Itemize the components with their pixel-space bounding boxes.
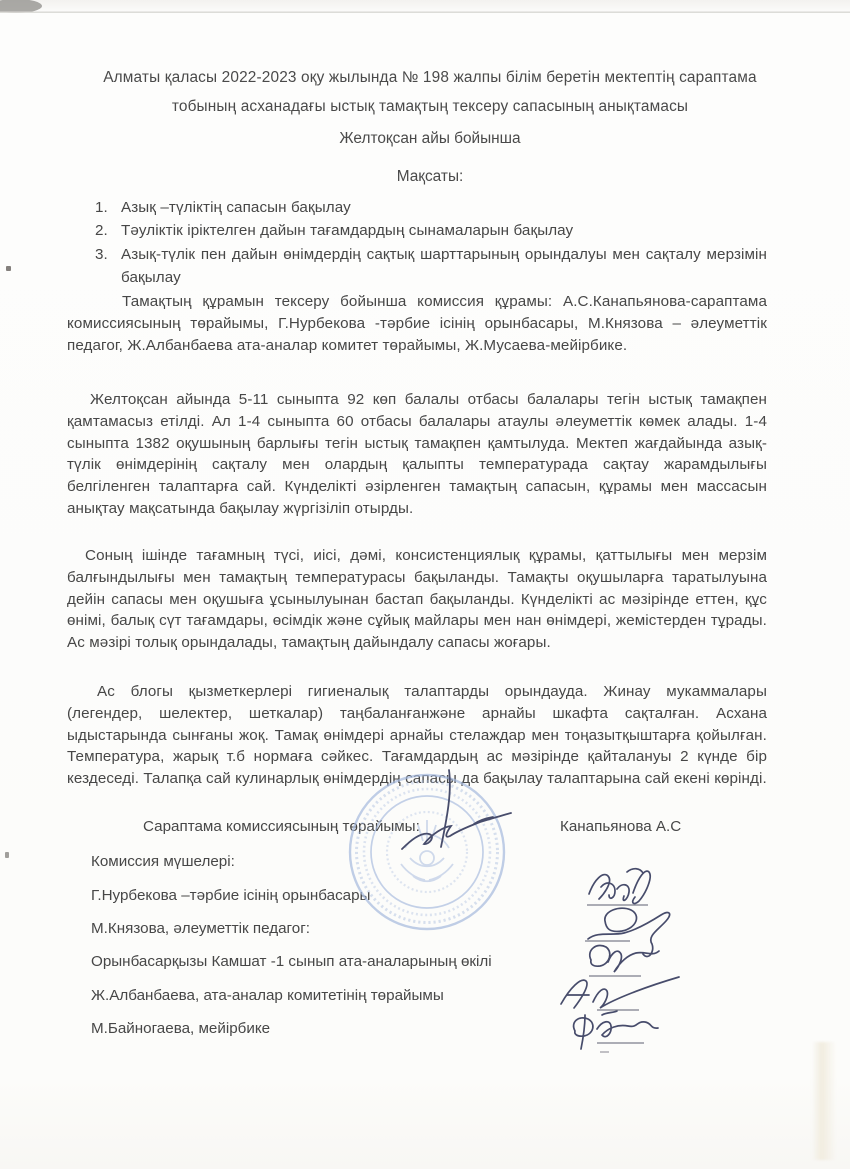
signature-2 (588, 908, 670, 956)
scan-smudge-top-left (0, 0, 42, 13)
list-item-number: 1. (95, 196, 121, 219)
scan-line-top (0, 12, 850, 13)
list-item-text: Тәуліктік іріктелген дайын тағамдардың с… (121, 219, 767, 242)
goals-list: 1. Азық –түліктің сапасын бақылау 2. Тәу… (95, 196, 767, 290)
member-line: М.Князова, әлеуметтік педагог: (91, 920, 310, 937)
member-line: М.Байногаева, мейірбике (91, 1020, 270, 1037)
scan-edge-artifact (812, 1042, 836, 1160)
chair-name: Канапьянова А.С (560, 818, 681, 835)
member-line: Г.Нурбекова –тәрбие ісінің орынбасары (91, 887, 370, 904)
document-title: Алматы қаласы 2022-2023 оқу жылында № 19… (80, 64, 780, 121)
list-item-text: Азық –түліктің сапасын бақылау (121, 196, 767, 219)
scan-speck-left-lower (5, 852, 9, 858)
signature-3 (590, 945, 659, 972)
signature-1 (589, 869, 650, 904)
list-item-text: Азық-түлік пен дайын өнімдердің сақтық ш… (121, 243, 767, 290)
members-heading: Комиссия мүшелері: (91, 853, 235, 870)
seal-inner-text-ring (364, 789, 490, 915)
scanned-document-page: Алматы қаласы 2022-2023 оқу жылында № 19… (0, 0, 850, 1169)
list-item: 2. Тәуліктік іріктелген дайын тағамдарды… (95, 219, 767, 242)
paragraph-kitchen-hygiene: Ас блогы қызметкерлері гигиеналық талапт… (67, 681, 767, 790)
seal-outer-ring (350, 775, 504, 929)
signature-5 (574, 1011, 658, 1049)
paragraph-commission: Тамақтың құрамын тексеру бойынша комисси… (67, 291, 767, 356)
list-item: 3. Азық-түлік пен дайын өнімдердің сақты… (95, 243, 767, 290)
scan-speck-left-upper (6, 266, 11, 271)
section-heading: Мақсаты: (80, 168, 780, 186)
member-line: Орынбасарқызы Камшат -1 сынып ата-аналар… (91, 953, 492, 970)
paragraph-food-quality: Соның ішінде тағамның түсі, иісі, дәмі, … (67, 545, 767, 654)
signature-4 (561, 977, 679, 1008)
seal-outer-text-ring (357, 782, 498, 923)
list-item-number: 3. (95, 243, 121, 290)
document-subtitle: Желтоқсан айы бойынша (80, 130, 780, 148)
member-line: Ж.Албанбаева, ата-аналар комитетінің төр… (91, 987, 444, 1004)
signature-underlines (585, 905, 648, 1043)
round-seal-stamp (350, 775, 504, 929)
list-item: 1. Азық –түліктің сапасын бақылау (95, 196, 767, 219)
document-title-line2: тобының асханадағы ыстық тамақтың тексер… (80, 93, 780, 122)
paragraph-december-report: Желтоқсан айында 5-11 сыныпта 92 көп бал… (67, 389, 767, 520)
seal-middle-ring (371, 796, 483, 908)
document-title-line1: Алматы қаласы 2022-2023 оқу жылында № 19… (80, 64, 780, 93)
scan-speck-bottom (600, 1051, 609, 1053)
list-item-number: 2. (95, 219, 121, 242)
member-signatures (561, 869, 679, 1049)
chair-signature-label: Сараптама комиссиясының төрайымы: (143, 818, 420, 835)
